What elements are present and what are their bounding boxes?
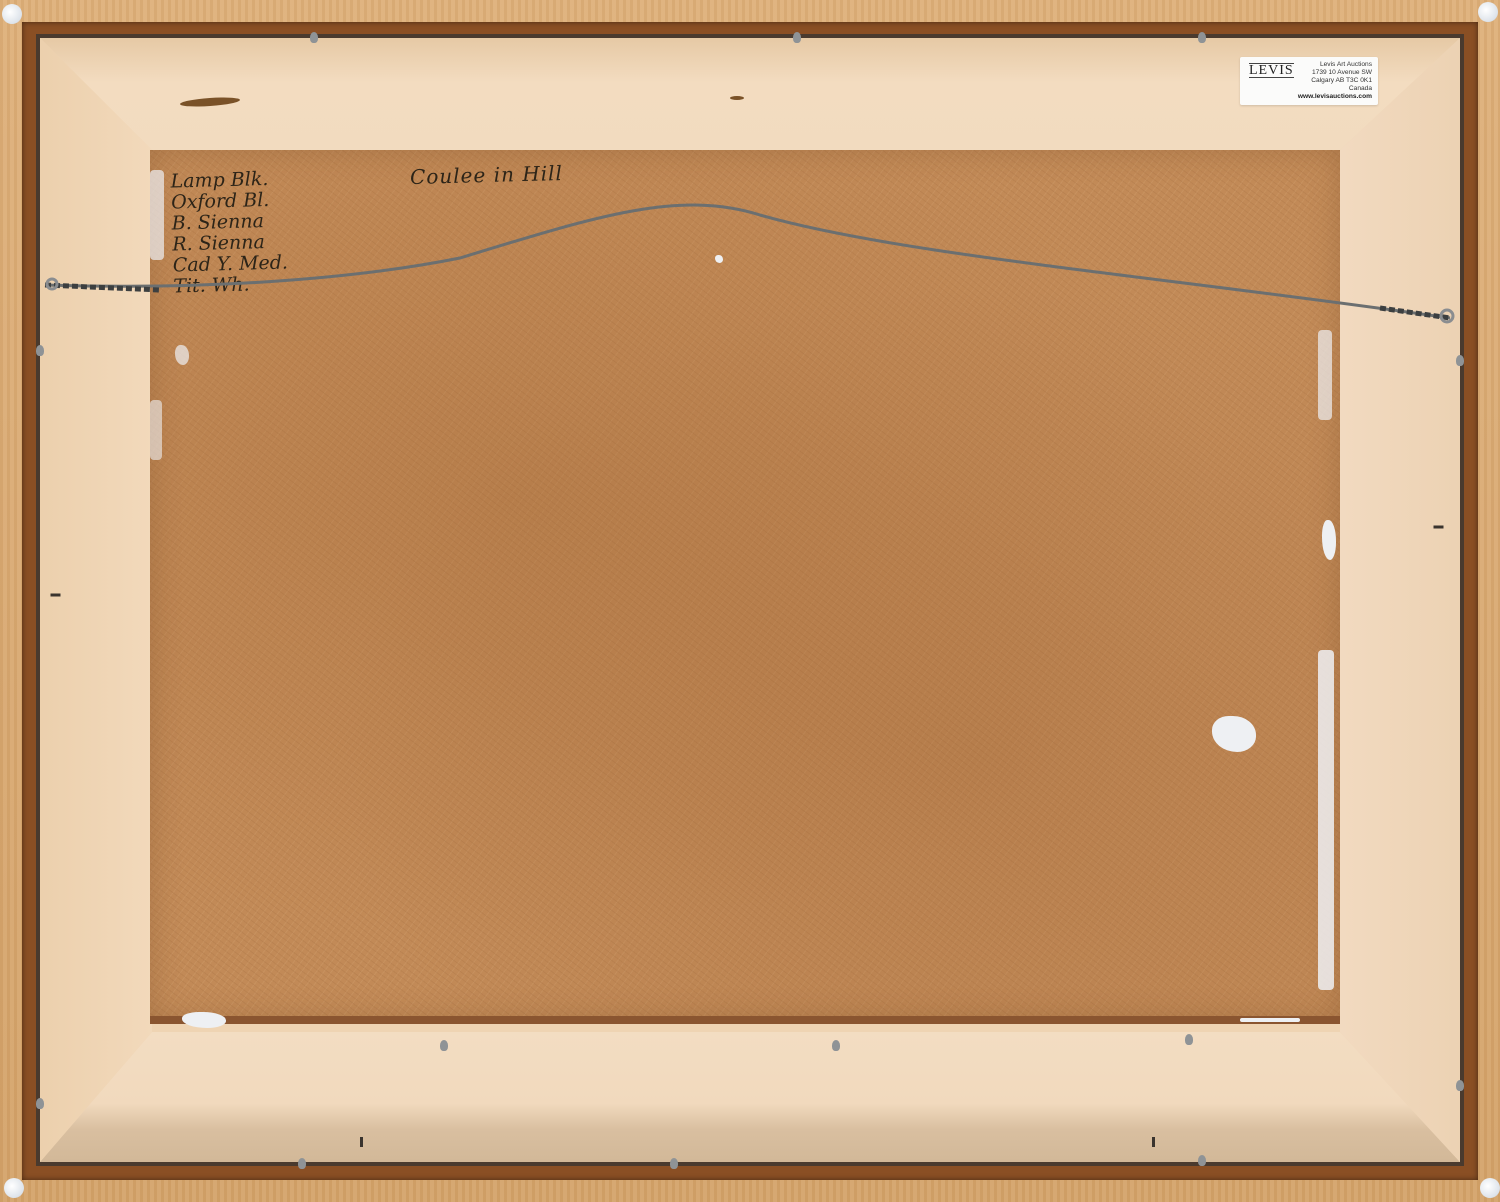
label-address: Levis Art Auctions 1739 10 Avenue SW Cal… <box>1298 61 1372 101</box>
label-line: 1739 10 Avenue SW <box>1298 69 1372 77</box>
tack-icon <box>1456 1080 1464 1091</box>
paint-fleck <box>1318 330 1332 420</box>
wood-knot <box>730 96 744 100</box>
tack-icon <box>310 32 318 43</box>
tack-icon <box>1198 32 1206 43</box>
tack-icon <box>36 345 44 356</box>
paint-fleck <box>150 170 164 260</box>
paint-fleck <box>1322 520 1336 560</box>
pigment-item: B. Sienna <box>171 210 287 234</box>
paint-fleck <box>150 400 162 460</box>
tack-icon <box>36 1098 44 1109</box>
turn-button-icon <box>2 4 22 24</box>
levis-logo: LEVIS <box>1249 63 1294 78</box>
label-line: Calgary AB T3C 0K1 <box>1298 77 1372 85</box>
label-line: Canada <box>1298 85 1372 93</box>
tack-icon <box>670 1158 678 1169</box>
label-website: www.levisauctions.com <box>1298 93 1372 101</box>
pigment-item: Oxford Bl. <box>171 190 287 214</box>
nail-icon <box>1152 1137 1155 1147</box>
turn-button-icon <box>4 1178 24 1198</box>
hardboard-edge <box>150 1016 1340 1024</box>
pigment-list-inscription: Lamp Blk. Oxford Bl. B. Sienna R. Sienna… <box>170 169 288 298</box>
pigment-item: Cad Y. Med. <box>173 252 289 276</box>
tack-icon <box>298 1158 306 1169</box>
tack-icon <box>793 32 801 43</box>
tack-icon <box>1185 1034 1193 1045</box>
paint-fleck <box>175 345 189 365</box>
stretcher-bar-left <box>40 38 152 1162</box>
hardboard-panel <box>150 150 1340 1020</box>
tack-icon <box>440 1040 448 1051</box>
auction-house-label: LEVIS Levis Art Auctions 1739 10 Avenue … <box>1240 57 1378 105</box>
pigment-item: Tit. Wh. <box>173 273 289 297</box>
turn-button-icon <box>1480 1178 1500 1198</box>
nail-icon <box>1434 526 1444 529</box>
paint-fleck <box>1318 650 1334 990</box>
tack-icon <box>832 1040 840 1051</box>
stretcher-bar-right <box>1340 38 1460 1162</box>
tack-icon <box>1456 355 1464 366</box>
tack-icon <box>1198 1155 1206 1166</box>
paint-fleck <box>715 255 723 263</box>
stretcher-bar-bottom <box>40 1032 1460 1162</box>
turn-button-icon <box>1478 2 1498 22</box>
paint-fleck <box>1240 1018 1300 1022</box>
nail-icon <box>360 1137 363 1147</box>
title-inscription: Coulee in Hill <box>410 163 563 188</box>
nail-icon <box>51 594 61 597</box>
label-line: Levis Art Auctions <box>1298 61 1372 69</box>
